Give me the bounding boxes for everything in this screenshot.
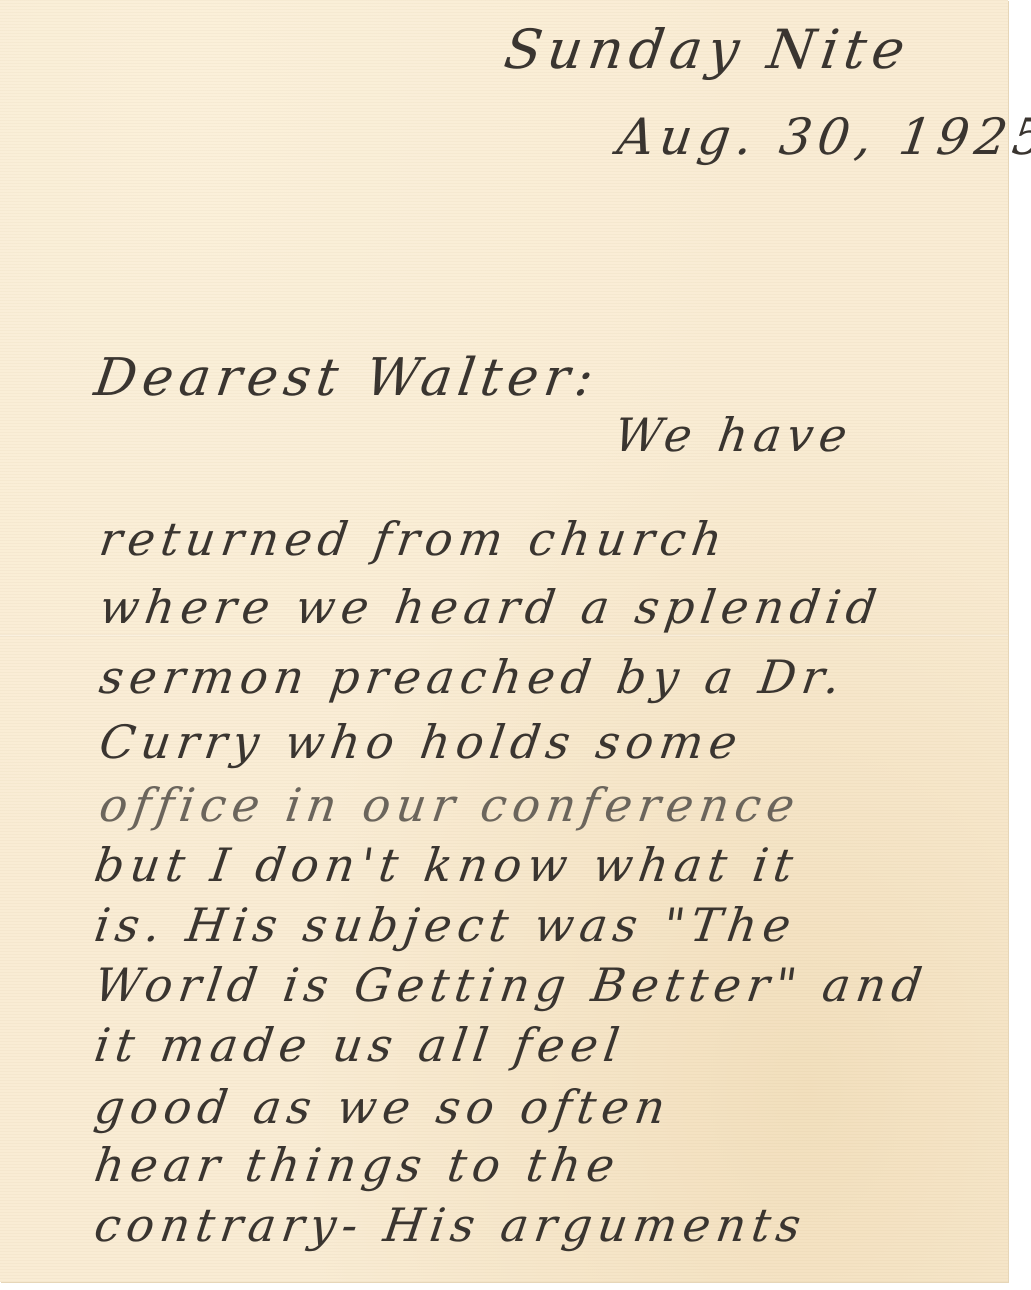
letter-page: Sunday Nite Aug. 30, 1925. Dearest Walte… bbox=[0, 0, 1008, 1282]
letter-line: World is Getting Better" and bbox=[91, 958, 931, 1012]
letter-line: Curry who holds some bbox=[96, 715, 746, 769]
letter-heading-date: Aug. 30, 1925. bbox=[614, 108, 1031, 166]
letter-line: but I don't know what it bbox=[91, 838, 802, 892]
paper-fold-crease bbox=[0, 634, 1008, 637]
letter-line: it made us all feel bbox=[91, 1018, 628, 1072]
letter-line: contrary- His arguments bbox=[91, 1198, 810, 1252]
letter-line: returned from church bbox=[96, 512, 731, 566]
letter-line: sermon preached by a Dr. bbox=[96, 650, 849, 704]
letter-line: office in our conference bbox=[96, 778, 804, 832]
letter-line: We have bbox=[611, 408, 856, 462]
letter-line: hear things to the bbox=[91, 1138, 624, 1192]
letter-salutation: Dearest Walter: bbox=[91, 348, 603, 408]
letter-line: good as we so often bbox=[91, 1080, 674, 1134]
letter-line: where we heard a splendid bbox=[96, 580, 885, 634]
letter-line: is. His subject was "The bbox=[91, 898, 800, 952]
letter-heading-day: Sunday Nite bbox=[501, 18, 915, 81]
